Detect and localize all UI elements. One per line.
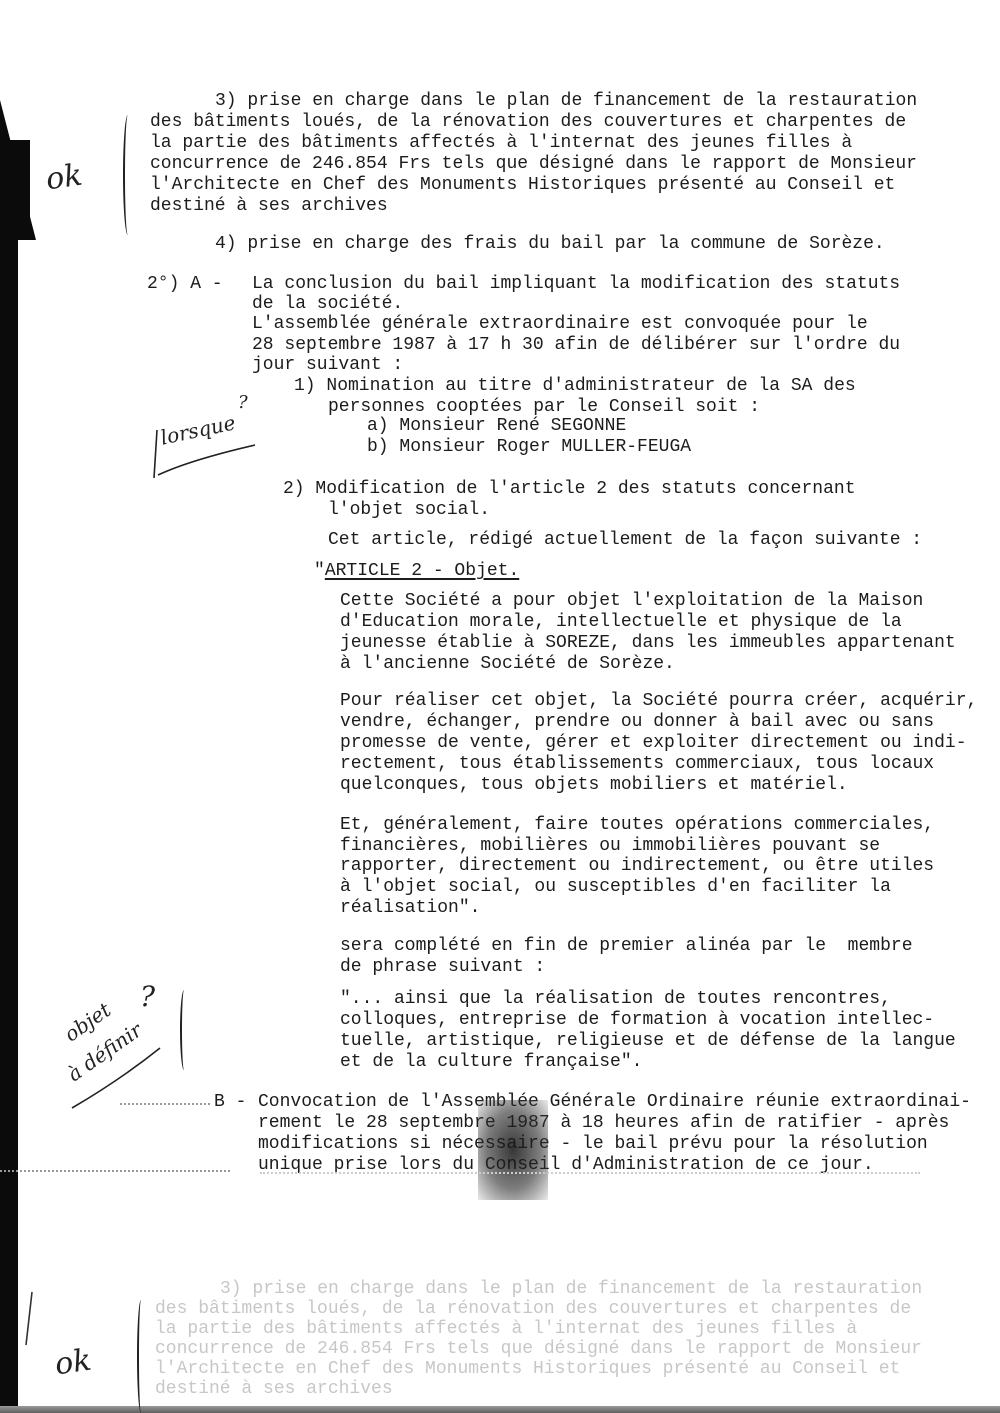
article-line: Pour réaliser cet objet, la Société pour… [340,691,977,711]
scan-left-black-strip [0,235,18,1413]
scan-noise-dots [0,1170,230,1174]
article-line: jeunesse établie à SOREZE, dans les imme… [340,633,956,653]
completion-intro-line: sera complété en fin de premier alinéa p… [340,936,913,956]
section-b-line: rement le 28 septembre 1987 à 18 heures … [258,1113,949,1133]
handwritten-underline-stroke [70,1030,170,1110]
item-3-line: l'Architecte en Chef des Monuments Histo… [150,175,895,195]
agenda-item-1-line: 1) Nomination au titre d'administrateur … [294,376,856,396]
completion-intro-line: de phrase suivant : [340,957,545,977]
article-line: Et, généralement, faire toutes opération… [340,815,934,835]
article-intro: Cet article, rédigé actuellement de la f… [328,530,922,550]
scanned-document-page: 3) prise en charge dans le plan de finan… [0,0,1000,1413]
nominee-a: a) Monsieur René SEGONNE [367,416,626,436]
agenda-item-2-line: l'objet social. [328,500,490,520]
bleed-line: destiné à ses archives [155,1379,393,1399]
handwritten-question-mark: ? [238,392,248,413]
article-line: financières, mobilières ou immobilières … [340,836,880,856]
agenda-item-1-line: personnes cooptées par le Conseil soit : [328,397,760,417]
article-heading-quote: " [314,561,325,581]
scan-bottom-band [0,1406,1000,1413]
item-3-line: des bâtiments loués, de la rénovation de… [150,112,906,132]
article-heading-title: ARTICLE 2 - Objet. [325,561,519,581]
article-line: à l'ancienne Société de Sorèze. [340,654,675,674]
section-b-label: B - [214,1092,246,1112]
bleed-line: des bâtiments loués, de la rénovation de… [155,1299,911,1319]
article-line: vendre, échanger, prendre ou donner à ba… [340,712,934,732]
completion-text-line: colloques, entreprise de formation à voc… [340,1010,934,1030]
completion-text-line: et de la culture française". [340,1052,642,1072]
agenda-item-2-line: 2) Modification de l'article 2 des statu… [283,479,856,499]
article-line: d'Education morale, intellectuelle et ph… [340,612,902,632]
bleed-line: concurrence de 246.854 Frs tels que dési… [155,1339,922,1359]
article-line: réalisation". [340,898,480,918]
section-2a-line: jour suivant : [252,355,403,375]
completion-text-line: "... ainsi que la réalisation de toutes … [340,989,891,1009]
section-b-line: Convocation de l'Assemblée Générale Ordi… [258,1092,971,1112]
margin-bracket-bleed [137,1300,147,1413]
item-3-line: la partie des bâtiments affectés à l'int… [150,133,852,153]
scan-noise-dots [260,1172,920,1176]
article-line: rapporter, directement ou indirectement,… [340,856,934,876]
bleed-line: l'Architecte en Chef des Monuments Histo… [155,1359,900,1379]
item-3-line: 3) prise en charge dans le plan de finan… [215,91,917,111]
handwritten-initials-bottom: ok [53,1343,94,1383]
handwritten-question-mark: ? [140,980,155,1013]
section-2a-line: La conclusion du bail impliquant la modi… [252,274,900,294]
article-heading: "ARTICLE 2 - Objet. [314,561,519,581]
scan-smudge [478,1100,548,1200]
handwritten-initials-top: ok [44,158,85,198]
completion-text-line: tuelle, artistique, religieuse et de déf… [340,1031,956,1051]
section-2a-label: 2°) A - [147,274,223,294]
item-3-line: destiné à ses archives [150,196,388,216]
handwritten-underline-stroke [150,420,260,480]
article-line: promesse de vente, gérer et exploiter di… [340,733,967,753]
article-line: à l'objet social, ou susceptibles d'en f… [340,877,891,897]
section-2a-line: L'assemblée générale extraordinaire est … [252,314,868,334]
bleed-line: 3) prise en charge dans le plan de finan… [220,1279,922,1299]
section-2a-line: 28 septembre 1987 à 17 h 30 afin de déli… [252,335,900,355]
bleed-line: la partie des bâtiments affectés à l'int… [155,1319,857,1339]
margin-bracket-completion [180,990,190,1070]
nominee-b: b) Monsieur Roger MULLER-FEUGA [367,437,691,457]
item-3-line: concurrence de 246.854 Frs tels que dési… [150,154,917,174]
section-2a-line: de la société. [252,294,403,314]
scan-left-black-strip-top [0,140,30,240]
margin-bracket-item-3 [123,115,135,235]
section-b-line: modifications si nécessaire - le bail pr… [258,1134,928,1154]
article-line: rectement, tous établissements commercia… [340,754,934,774]
article-line: quelconques, tous objets mobiliers et ma… [340,775,848,795]
handwritten-stroke [22,1290,38,1350]
article-line: Cette Société a pour objet l'exploitatio… [340,591,923,611]
item-4-line: 4) prise en charge des frais du bail par… [215,234,885,254]
